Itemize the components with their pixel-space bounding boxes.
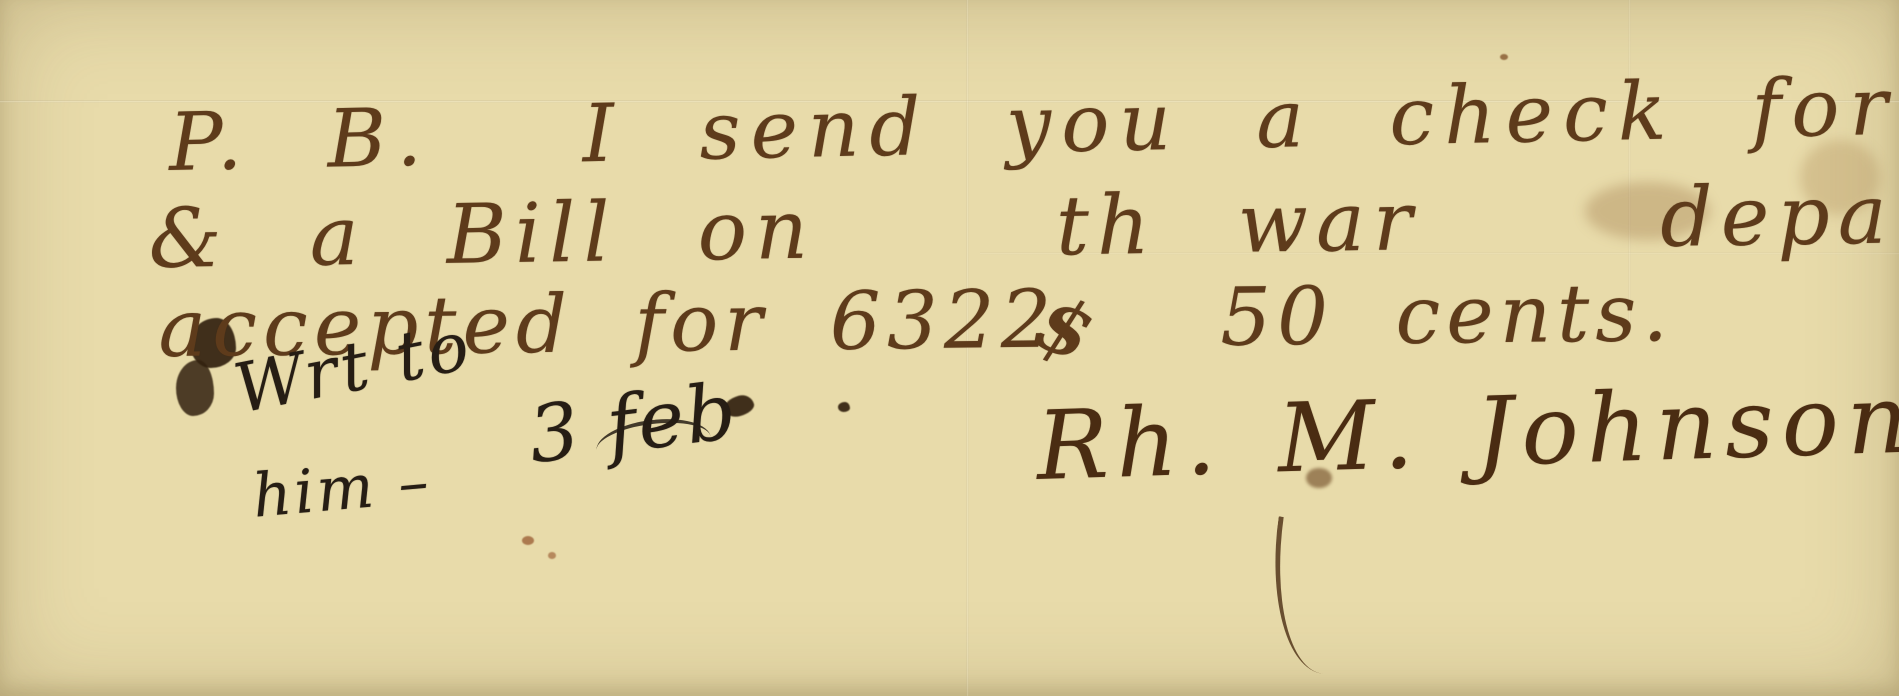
manuscript-scan: P. B. I send you a check for 350$ & a Bi… bbox=[0, 0, 1899, 696]
rust-speck-annotation bbox=[522, 536, 534, 545]
ink-speck-top bbox=[1500, 54, 1508, 60]
handwriting-line-3-amount-cents: 50 cents. bbox=[1097, 266, 1674, 365]
rust-speck-annotation-2 bbox=[548, 552, 556, 559]
ink-dot-right bbox=[838, 402, 850, 412]
